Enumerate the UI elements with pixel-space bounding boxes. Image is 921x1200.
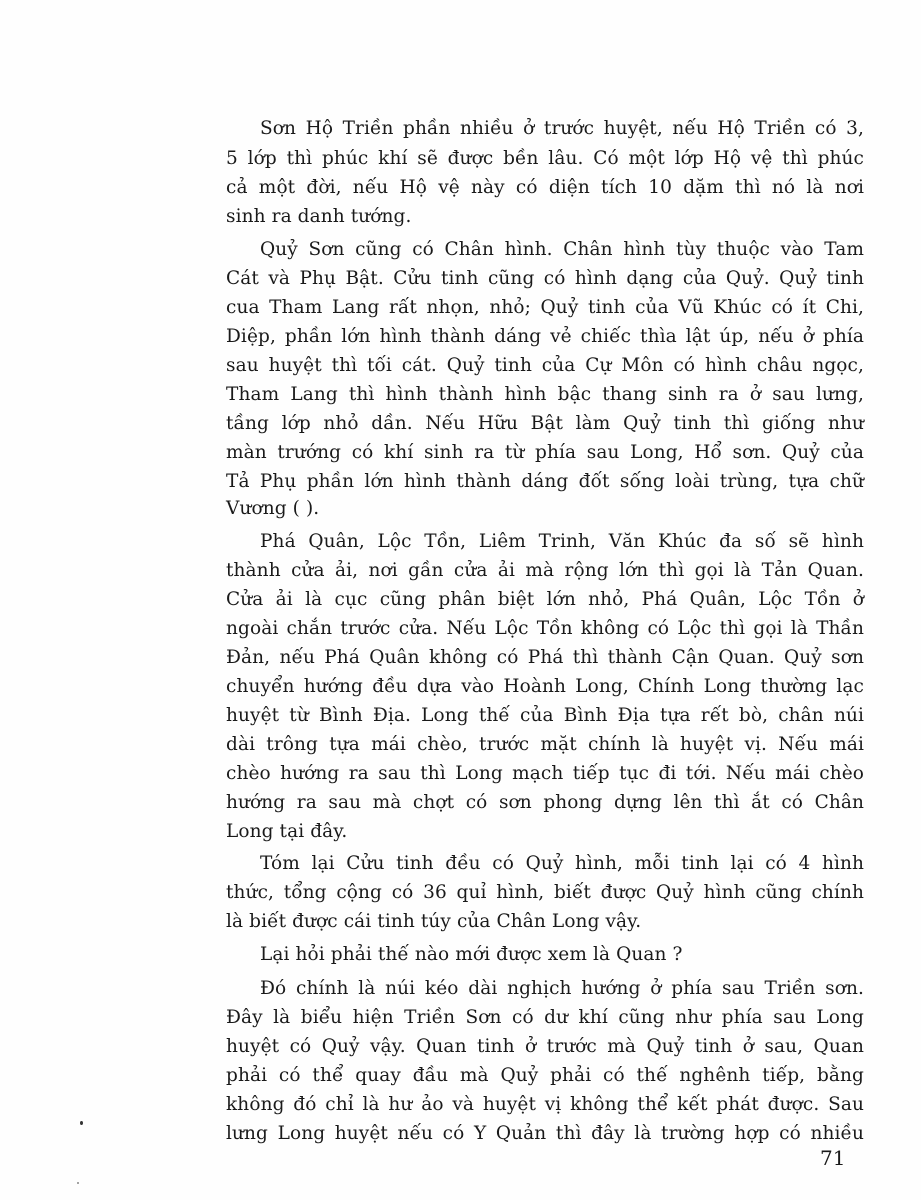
text-line: Sơn Hộ Triền phần nhiều ở trước huyệt, n…: [260, 115, 864, 143]
text-line: thức, tổng cộng có 36 quỉ hình, biết đượ…: [226, 879, 864, 907]
text-line: Cát và Phụ Bật. Cửu tinh cũng có hình dạ…: [226, 265, 864, 293]
text-line: Long tại đây.: [226, 818, 864, 846]
scan-speck: [80, 1121, 83, 1125]
text-line: Quỷ Sơn cũng có Chân hình. Chân hình tùy…: [260, 236, 864, 264]
text-line: cả một đời, nếu Hộ vệ này có diện tích 1…: [226, 174, 864, 202]
text-line: Diệp, phần lớn hình thành dáng vẻ chiếc …: [226, 323, 864, 351]
text-line: Tóm lại Cửu tinh đều có Quỷ hình, mỗi ti…: [260, 850, 864, 878]
text-line: Tham Lang thì hình thành hình bậc thang …: [226, 381, 864, 409]
text-line: tầng lớp nhỏ dần. Nếu Hữu Bật làm Quỷ ti…: [226, 410, 864, 438]
text-line: hướng ra sau mà chợt có sơn phong dựng l…: [226, 789, 864, 817]
text-line: 5 lớp thì phúc khí sẽ được bền lâu. Có m…: [226, 145, 864, 173]
text-line: phải có thể quay đầu mà Quỷ phải có thế …: [226, 1062, 864, 1090]
text-line: huyệt từ Bình Địa. Long thế của Bình Địa…: [226, 702, 864, 730]
text-line: cua Tham Lang rất nhọn, nhỏ; Quỷ tinh củ…: [226, 294, 864, 322]
text-line: Lại hỏi phải thế nào mới được xem là Qua…: [260, 941, 864, 969]
text-line: màn trướng có khí sinh ra từ phía sau Lo…: [226, 439, 864, 467]
text-line: Phá Quân, Lộc Tồn, Liêm Trinh, Văn Khúc …: [260, 528, 864, 556]
text-line: Đó chính là núi kéo dài nghịch hướng ở p…: [260, 975, 864, 1003]
text-line: Cửa ải là cục cũng phân biệt lớn nhỏ, Ph…: [226, 586, 864, 614]
scanned-book-page: Sơn Hộ Triền phần nhiều ở trước huyệt, n…: [0, 0, 921, 1200]
page-number: 71: [820, 1146, 845, 1170]
text-line: sau huyệt thì tối cát. Quỷ tinh của Cự M…: [226, 352, 864, 380]
text-line: Tả Phụ phần lớn hình thành dáng đốt sống…: [226, 468, 864, 496]
text-line: không đó chỉ là hư ảo và huyệt vị không …: [226, 1091, 864, 1119]
text-line: huyệt có Quỷ vậy. Quan tinh ở trước mà Q…: [226, 1033, 864, 1061]
text-line: Vương ( ).: [226, 495, 864, 523]
text-line: là biết được cái tinh túy của Chân Long …: [226, 908, 864, 936]
text-line: lưng Long huyệt nếu có Y Quản thì đây là…: [226, 1120, 864, 1148]
text-line: chèo hướng ra sau thì Long mạch tiếp tục…: [226, 760, 864, 788]
text-line: Đản, nếu Phá Quân không có Phá thì thành…: [226, 644, 864, 672]
text-line: Đây là biểu hiện Triền Sơn có dư khí cũn…: [226, 1004, 864, 1032]
text-line: chuyển hướng đều dựa vào Hoành Long, Chí…: [226, 673, 864, 701]
text-line: ngoài chắn trước cửa. Nếu Lộc Tồn không …: [226, 615, 864, 643]
text-line: dài trông tựa mái chèo, trước mặt chính …: [226, 731, 864, 759]
scan-speck: [77, 1182, 79, 1184]
text-line: sinh ra danh tướng.: [226, 203, 864, 231]
text-line: thành cửa ải, nơi gần cửa ải mà rộng lớn…: [226, 557, 864, 585]
